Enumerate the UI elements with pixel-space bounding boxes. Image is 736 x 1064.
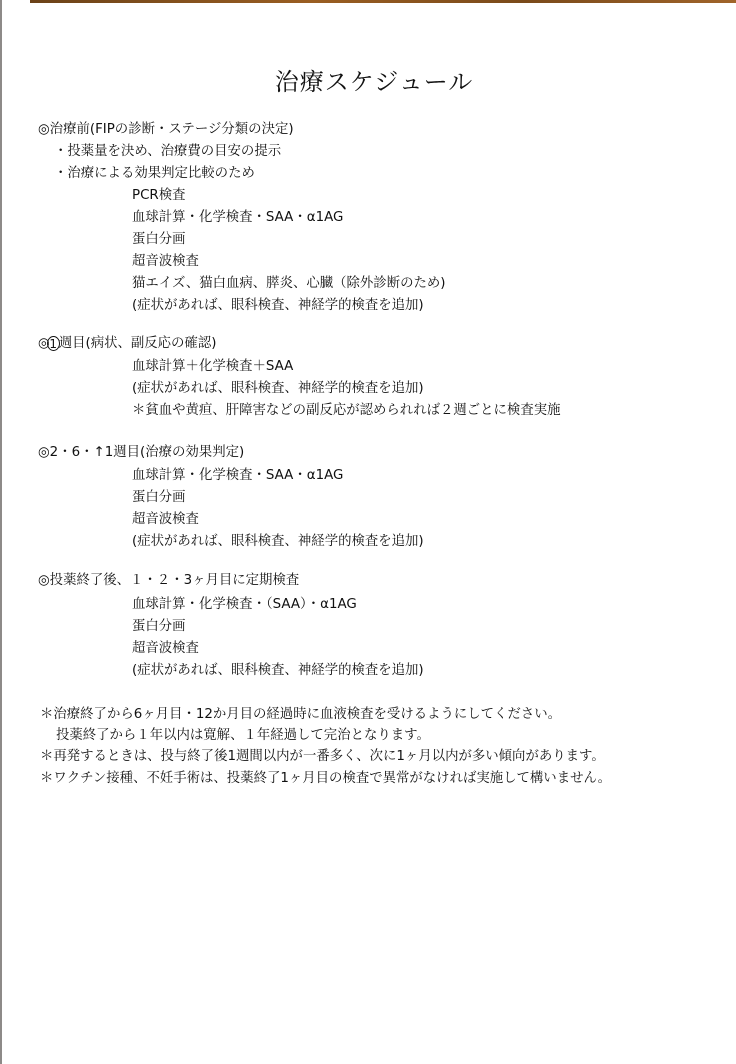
exam-item: (症状があれば、眼科検査、神経学的検査を追加) [132, 533, 424, 551]
exam-item: 血球計算・化学検査・SAA・α1AG [132, 467, 343, 485]
exam-item: (症状があれば、眼科検査、神経学的検査を追加) [132, 380, 424, 398]
exam-item: 血球計算・化学検査・SAA・α1AG [132, 209, 343, 227]
section-heading-pretreatment: ◎治療前(FIPの診断・ステージ分類の決定) [38, 121, 294, 139]
footnote: ＊再発するときは、投与終了後1週間以内が一番多く、次に1ヶ月以内が多い傾向があり… [40, 748, 605, 766]
exam-item: 蛋白分画 [132, 489, 186, 507]
exam-item: (症状があれば、眼科検査、神経学的検査を追加) [132, 662, 424, 680]
footnote: ＊ワクチン接種、不妊手術は、投薬終了1ヶ月目の検査で異常がなければ実施して構いま… [40, 770, 611, 788]
table-edge [30, 0, 736, 3]
exam-item: 超音波検査 [132, 640, 199, 658]
exam-item: (症状があれば、眼科検査、神経学的検査を追加) [132, 297, 424, 315]
exam-item: 超音波検査 [132, 253, 199, 271]
paper-edge-shadow [0, 0, 2, 1064]
exam-item: 血球計算・化学検査・（SAA）・α1AG [132, 596, 357, 614]
section-heading-post-treatment: ◎投薬終了後、１・２・3ヶ月目に定期検査 [38, 572, 299, 590]
footnote-continuation: 投薬終了から１年以内は寛解、１年経過して完治となります。 [56, 727, 430, 745]
heading-text: 週目(病状、副反応の確認) [59, 336, 217, 351]
exam-item: 猫エイズ、猫白血病、膵炎、心臓（除外診断のため) [132, 275, 445, 293]
exam-item: 超音波検査 [132, 511, 199, 529]
footnote: ＊治療終了から6ヶ月目・12か月目の経過時に血液検査を受けるようにしてください。 [40, 706, 561, 724]
section-heading-efficacy: ◎2・6・↑1週目(治療の効果判定) [38, 444, 244, 462]
document-title: 治療スケジュール [0, 62, 736, 97]
exam-note: ＊貧血や黄疸、肝障害などの副反応が認められれば２週ごとに検査実施 [132, 402, 561, 420]
exam-item: 血球計算＋化学検査＋SAA [132, 358, 293, 376]
section-heading-week1: ◎1週目(病状、副反応の確認) [38, 335, 216, 353]
bullet-item: ・投薬量を決め、治療費の目安の提示 [54, 143, 281, 161]
bullet-item: ・治療による効果判定比較のため [54, 165, 255, 183]
exam-item: PCR検査 [132, 187, 186, 205]
exam-item: 蛋白分画 [132, 231, 186, 249]
exam-item: 蛋白分画 [132, 618, 186, 636]
